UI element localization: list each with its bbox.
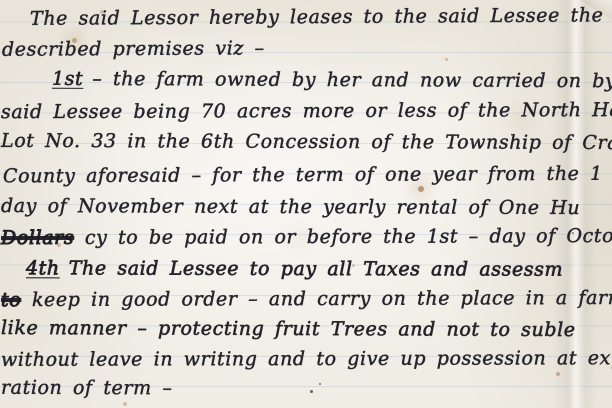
paper-stain bbox=[123, 402, 127, 406]
struck-word: Dollars bbox=[1, 227, 74, 249]
line-text: County aforesaid – for the term of one y… bbox=[3, 163, 603, 188]
line-text: like manner – protecting fruit Trees and… bbox=[1, 317, 576, 341]
manuscript-line: like manner – protecting fruit Trees and… bbox=[1, 317, 576, 341]
line-text: ration of term – bbox=[1, 377, 173, 400]
struck-word: to bbox=[1, 289, 21, 311]
manuscript-line: 4thThe said Lessee to pay all Taxes and … bbox=[26, 257, 563, 280]
manuscript-line: day of November next at the yearly renta… bbox=[1, 195, 580, 219]
line-text: without leave in writing and to give up … bbox=[1, 347, 612, 371]
ordinal-label: 4th bbox=[26, 257, 60, 279]
manuscript-line: without leave in writing and to give up … bbox=[1, 347, 612, 371]
line-text: cy to be paid on or before the 1st – day… bbox=[74, 225, 612, 249]
line-text: Lot No. 33 in the 6th Concession of the … bbox=[1, 130, 612, 154]
manuscript-line: The said Lessor hereby leases to the sai… bbox=[30, 4, 612, 30]
manuscript-page: The said Lessor hereby leases to the sai… bbox=[0, 0, 612, 408]
line-text: – the farm owned by her and now carried … bbox=[92, 68, 612, 92]
manuscript-line: said Lessee being 70 acres more or less … bbox=[1, 99, 612, 123]
line-text: The said Lessee to pay all Taxes and ass… bbox=[69, 257, 563, 280]
line-text: described premises viz – bbox=[2, 37, 265, 60]
manuscript-line: County aforesaid – for the term of one y… bbox=[3, 163, 603, 188]
line-text: keep in good order – and carry on the pl… bbox=[21, 287, 612, 311]
line-text: said Lessee being 70 acres more or less … bbox=[1, 99, 612, 123]
paper-stain bbox=[418, 186, 424, 192]
paper-stain bbox=[556, 372, 560, 376]
manuscript-line: 1st– the farm owned by her and now carri… bbox=[52, 68, 612, 92]
ordinal-label: 1st bbox=[52, 68, 83, 90]
manuscript-line: Lot No. 33 in the 6th Concession of the … bbox=[1, 130, 612, 154]
manuscript-line: described premises viz – bbox=[2, 37, 265, 60]
manuscript-line: to keep in good order – and carry on the… bbox=[1, 287, 612, 311]
manuscript-line: ration of term – bbox=[1, 377, 173, 400]
ink-speck bbox=[319, 383, 321, 385]
line-text: The said Lessor hereby leases to the sai… bbox=[30, 4, 612, 30]
line-text: day of November next at the yearly renta… bbox=[1, 195, 580, 219]
manuscript-line: Dollars cy to be paid on or before the 1… bbox=[1, 225, 612, 249]
ink-speck bbox=[310, 390, 313, 393]
paper-stain bbox=[445, 58, 448, 61]
